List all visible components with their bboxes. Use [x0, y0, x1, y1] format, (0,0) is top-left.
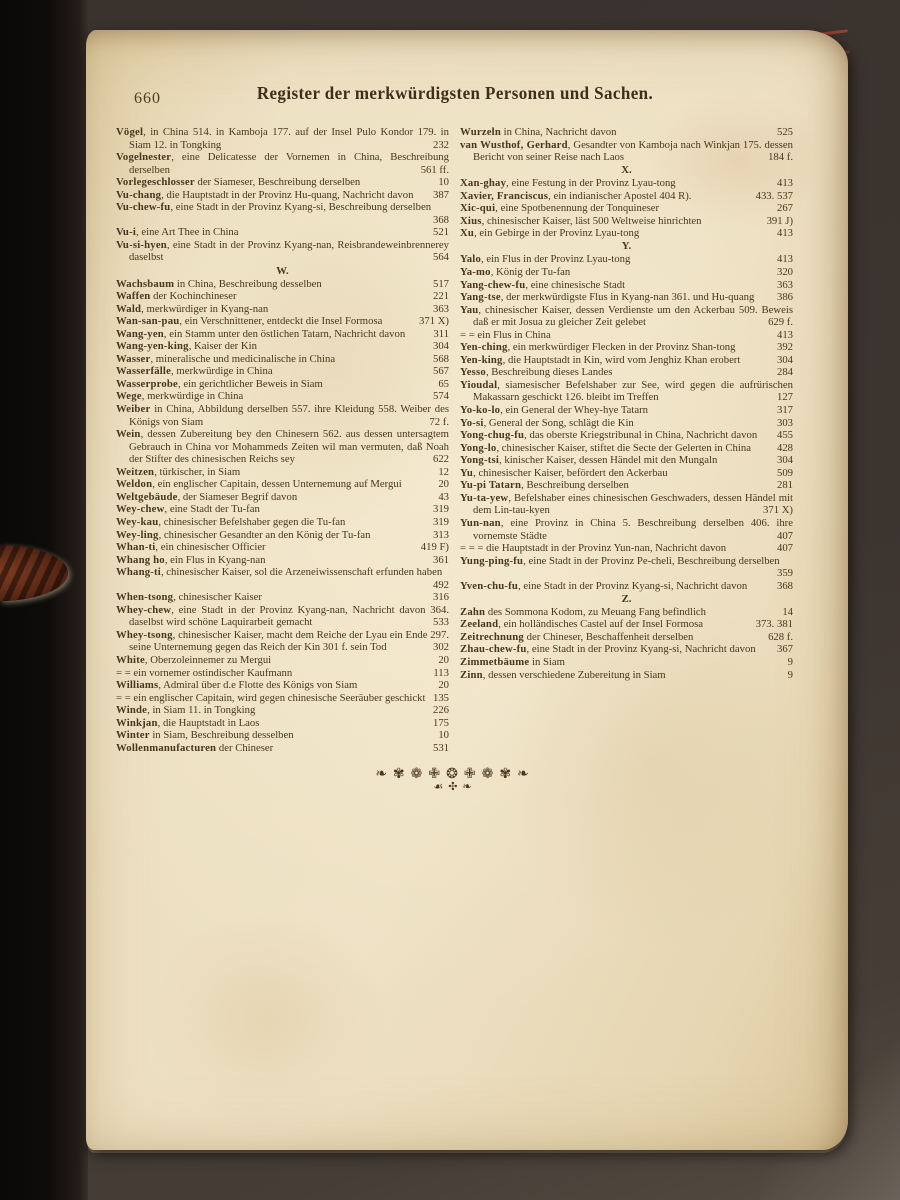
index-entry: Yen-king, die Hauptstadt in Kin, wird vo… — [460, 354, 793, 367]
entry-page-ref: 221 — [433, 290, 449, 303]
index-entry: Yo-ko-lo, ein General der Whey-hye Tatar… — [460, 404, 793, 417]
entry-page-ref: 20 — [438, 679, 449, 692]
index-entry: Yang-chew-fu, eine chinesische Stadt363 — [460, 279, 793, 292]
entry-page-ref: 407 — [777, 542, 793, 555]
entry-page-ref: 568 — [433, 353, 449, 366]
index-entry: Whan-ti, ein chinesischer Officier419 F) — [116, 541, 449, 554]
index-entry: Yalo, ein Flus in der Provinz Lyau-tong4… — [460, 253, 793, 266]
entry-term: Yven-chu-fu — [460, 580, 518, 592]
entry-page-ref: 368 — [433, 214, 449, 227]
index-entry: Whey-tsong, chinesischer Kaiser, macht d… — [116, 629, 449, 654]
entry-page-ref: 433. 537 — [756, 190, 793, 203]
index-entry: Wollenmanufacturen der Chineser531 — [116, 742, 449, 755]
entry-page-ref: 319 — [433, 503, 449, 516]
entry-term: Zinn — [460, 669, 483, 681]
entry-page-ref: 525 — [777, 126, 793, 139]
entry-page-ref: 135 — [433, 692, 449, 705]
entry-term: Winkjan — [116, 717, 158, 729]
index-entry: Zahn des Sommona Kodom, zu Meuang Fang b… — [460, 606, 793, 619]
entry-term: Whey-chew — [116, 604, 171, 616]
entry-term: Wald — [116, 303, 141, 315]
entry-page-ref: 311 — [433, 328, 449, 341]
entry-page-ref: 281 — [777, 479, 793, 492]
index-entry: Wan-san-pau, ein Verschnittener, entdeck… — [116, 315, 449, 328]
entry-term: Whang ho — [116, 554, 165, 566]
entry-page-ref: 72 f. — [429, 416, 449, 429]
entry-term: Williams — [116, 679, 158, 691]
index-column-right: Wurzeln in China, Nachricht davon525van … — [460, 126, 793, 754]
entry-page-ref: 413 — [777, 177, 793, 190]
entry-term: Wang-yen — [116, 328, 164, 340]
entry-page-ref: 320 — [777, 266, 793, 279]
index-entry: Zhau-chew-fu, eine Stadt in der Provinz … — [460, 643, 793, 656]
index-entry: Yong-tsi, kinischer Kaiser, dessen Hände… — [460, 454, 793, 467]
index-entry: Weiber in China, Abbildung derselben 557… — [116, 403, 449, 428]
entry-page-ref: 622 — [433, 453, 449, 466]
index-entry: Yu-pi Tatarn, Beschreibung derselben281 — [460, 479, 793, 492]
index-entry: Vorlegeschlosser der Siameser, Beschreib… — [116, 176, 449, 189]
entry-term: Winter — [116, 729, 150, 741]
entry-term: Yo-ko-lo — [460, 404, 500, 416]
entry-page-ref: 359 — [777, 567, 793, 580]
index-entry: Vogelnester, eine Delicatesse der Vornem… — [116, 151, 449, 176]
entry-term: Vu-chew-fu — [116, 201, 170, 213]
entry-term: Wein — [116, 428, 141, 440]
entry-term: Yong-chug-fu — [460, 429, 524, 441]
index-entry: Yioudal, siamesischer Befelshaber zur Se… — [460, 379, 793, 404]
entry-term: Xavier, Franciscus — [460, 190, 548, 202]
index-entry: Wang-yen-king, Kaiser der Kin304 — [116, 340, 449, 353]
section-heading: Z. — [460, 593, 793, 606]
entry-term: Zimmetbäume — [460, 656, 529, 668]
entry-page-ref: 419 F) — [421, 541, 449, 554]
entry-page-ref: 492 — [433, 579, 449, 592]
entry-page-ref: 9 — [788, 669, 793, 682]
book-page-scan: 660 Register der merkwürdigsten Personen… — [86, 30, 848, 1150]
index-entry: Yun-nan, eine Provinz in China 5. Beschr… — [460, 517, 793, 542]
entry-term: Zeitrechnung — [460, 631, 524, 643]
entry-page-ref: 391 J) — [767, 215, 793, 228]
entry-term: Wollenmanufacturen — [116, 742, 216, 754]
index-column-left: Vögel, in China 514. in Kamboja 177. auf… — [116, 126, 449, 754]
index-entry: Wasserfälle, merkwürdige in China567 — [116, 365, 449, 378]
entry-term: Yo-si — [460, 417, 484, 429]
entry-page-ref: 14 — [782, 606, 793, 619]
entry-term: Vu-i — [116, 226, 136, 238]
index-entry: Xu, ein Gebirge in der Provinz Lyau-tong… — [460, 227, 793, 240]
entry-term: Yau — [460, 304, 478, 316]
entry-term: Weltgebäude — [116, 491, 178, 503]
entry-page-ref: 413 — [777, 227, 793, 240]
section-heading: W. — [116, 265, 449, 278]
entry-page-ref: 455 — [777, 429, 793, 442]
entry-term: Yu-pi Tatarn — [460, 479, 521, 491]
entry-term: Yioudal — [460, 379, 497, 391]
entry-page-ref: 65 — [438, 378, 449, 391]
entry-term: Vorlegeschlosser — [116, 176, 195, 188]
index-entry: = = ein vornemer ostindischer Kaufmann11… — [116, 667, 449, 680]
entry-term: White — [116, 654, 145, 666]
printer-ornament: ❧✾❁✙❂✙❁✾❧ ☙✣❧ — [116, 766, 794, 793]
index-entry: Winkjan, die Hauptstadt in Laos175 — [116, 717, 449, 730]
entry-page-ref: 319 — [433, 516, 449, 529]
index-entry: Wang-yen, ein Stamm unter den östlichen … — [116, 328, 449, 341]
entry-page-ref: 628 f. — [768, 631, 793, 644]
index-entry: Vu-i, eine Art Thee in China521 — [116, 226, 449, 239]
entry-page-ref: 363 — [433, 303, 449, 316]
index-entry: Ya-mo, König der Tu-fan320 — [460, 266, 793, 279]
entry-page-ref: 367 — [777, 643, 793, 656]
entry-page-ref: 316 — [433, 591, 449, 604]
entry-term: Zhau-chew-fu — [460, 643, 527, 655]
entry-term: Zahn — [460, 606, 485, 618]
index-entry: Xic-qui, eine Spotbenennung der Tonquine… — [460, 202, 793, 215]
entry-page-ref: 533 — [433, 616, 449, 629]
entry-term: Yang-tse — [460, 291, 501, 303]
entry-page-ref: 509 — [777, 467, 793, 480]
entry-term: Xu — [460, 227, 474, 239]
entry-page-ref: 304 — [777, 454, 793, 467]
index-entry: Vu-si-hyen, eine Stadt in der Provinz Ky… — [116, 239, 449, 264]
index-entry: Wey-kau, chinesischer Befelshaber gegen … — [116, 516, 449, 529]
index-entry: Zeitrechnung der Chineser, Beschaffenhei… — [460, 631, 793, 644]
entry-page-ref: 629 f. — [768, 316, 793, 329]
entry-term: Vu-si-hyen — [116, 239, 167, 251]
entry-page-ref: 531 — [433, 742, 449, 755]
entry-page-ref: 517 — [433, 278, 449, 291]
entry-page-ref: 363 — [777, 279, 793, 292]
index-entry: van Wusthof, Gerhard, Gesandter von Kamb… — [460, 139, 793, 164]
entry-term: Whey-tsong — [116, 629, 173, 641]
index-entry: = = ein englischer Capitain, wird gegen … — [116, 692, 449, 705]
entry-page-ref: 313 — [433, 529, 449, 542]
section-heading: X. — [460, 164, 793, 177]
entry-page-ref: 20 — [438, 478, 449, 491]
entry-page-ref: 387 — [433, 189, 449, 202]
index-entry: Zinn, dessen verschiedene Zubereitung in… — [460, 669, 793, 682]
index-entry: Yu, chinesischer Kaiser, befördert den A… — [460, 467, 793, 480]
index-entry: Waffen der Kochinchineser221 — [116, 290, 449, 303]
ornament-row-bottom: ☙✣❧ — [116, 780, 794, 793]
entry-page-ref: 413 — [777, 329, 793, 342]
entry-term: Wey-kau — [116, 516, 158, 528]
entry-term: van Wusthof, Gerhard — [460, 139, 568, 151]
entry-page-ref: 561 ff. — [421, 164, 449, 177]
page-content: 660 Register der merkwürdigsten Personen… — [116, 84, 794, 793]
paper-stain — [146, 910, 386, 1130]
entry-page-ref: 371 X) — [763, 504, 793, 517]
entry-page-ref: 407 — [777, 530, 793, 543]
entry-term: Wey-ling — [116, 529, 159, 541]
entry-term: Yong-lo — [460, 442, 496, 454]
entry-page-ref: 267 — [777, 202, 793, 215]
index-entry: Weldon, ein englischer Capitain, dessen … — [116, 478, 449, 491]
entry-page-ref: 10 — [438, 729, 449, 742]
index-entry: Yang-tse, der merkwürdigste Flus in Kyan… — [460, 291, 793, 304]
entry-page-ref: 373. 381 — [756, 618, 793, 631]
index-entry: Zimmetbäume in Siam9 — [460, 656, 793, 669]
entry-page-ref: 304 — [433, 340, 449, 353]
entry-term: When-tsong — [116, 591, 173, 603]
index-entry: Vögel, in China 514. in Kamboja 177. auf… — [116, 126, 449, 151]
entry-term: Weiber — [116, 403, 150, 415]
index-entry: Yong-lo, chinesischer Kaiser, stiftet di… — [460, 442, 793, 455]
entry-term: Wachsbaum — [116, 278, 174, 290]
index-entry: Wald, merkwürdiger in Kyang-nan363 — [116, 303, 449, 316]
index-entry: Wasser, mineralische und medicinalische … — [116, 353, 449, 366]
index-entry: Wasserprobe, ein gerichtlicher Beweis in… — [116, 378, 449, 391]
entry-page-ref: 9 — [788, 656, 793, 669]
entry-term: Vogelnester — [116, 151, 171, 163]
index-columns: Vögel, in China 514. in Kamboja 177. auf… — [116, 126, 794, 754]
index-entry: Xavier, Franciscus, ein indianischer Apo… — [460, 190, 793, 203]
index-entry: Xan-ghay, eine Festung in der Provinz Ly… — [460, 177, 793, 190]
index-entry: = = ein Flus in China413 — [460, 329, 793, 342]
entry-term: Weitzen — [116, 466, 154, 478]
entry-term: Whang-ti — [116, 566, 161, 578]
entry-page-ref: 10 — [438, 176, 449, 189]
entry-page-ref: 304 — [777, 354, 793, 367]
entry-term: Yung-ping-fu — [460, 555, 523, 567]
entry-page-ref: 386 — [777, 291, 793, 304]
index-entry: Yu-ta-yew, Befelshaber eines chinesische… — [460, 492, 793, 517]
entry-page-ref: 303 — [777, 417, 793, 430]
entry-term: Vu-chang — [116, 189, 161, 201]
index-entry: Wey-chew, eine Stadt der Tu-fan319 — [116, 503, 449, 516]
entry-term: Wasserfälle — [116, 365, 171, 377]
entry-page-ref: 184 f. — [768, 151, 793, 164]
index-entry: Yo-si, General der Song, schlägt die Kin… — [460, 417, 793, 430]
entry-term: Xius — [460, 215, 482, 227]
entry-term: Yu-ta-yew — [460, 492, 508, 504]
index-entry: Yung-ping-fu, eine Stadt in der Provinz … — [460, 555, 793, 580]
entry-page-ref: 20 — [438, 654, 449, 667]
entry-page-ref: 574 — [433, 390, 449, 403]
entry-page-ref: 12 — [438, 466, 449, 479]
entry-term: Winde — [116, 704, 147, 716]
index-entry: Yven-chu-fu, eine Stadt in der Provinz K… — [460, 580, 793, 593]
index-entry: Yau, chinesischer Kaiser, dessen Verdien… — [460, 304, 793, 329]
entry-page-ref: 428 — [777, 442, 793, 455]
entry-term: Xan-ghay — [460, 177, 506, 189]
index-entry: Vu-chew-fu, eine Stadt in der Provinz Ky… — [116, 201, 449, 226]
entry-page-ref: 317 — [777, 404, 793, 417]
entry-term: Yun-nan — [460, 517, 501, 529]
index-entry: Wege, merkwürdige in China574 — [116, 390, 449, 403]
index-entry: Williams, Admiral über d.e Flotte des Kö… — [116, 679, 449, 692]
index-entry: Weltgebäude, der Siameser Begrif davon43 — [116, 491, 449, 504]
index-entry: White, Oberzoleinnemer zu Mergui20 — [116, 654, 449, 667]
entry-term: Waffen — [116, 290, 150, 302]
index-entry: Yen-ching, ein merkwürdiger Flecken in d… — [460, 341, 793, 354]
entry-term: Yesso — [460, 366, 486, 378]
entry-term: Zeeland — [460, 618, 498, 630]
entry-term: Vögel — [116, 126, 143, 138]
entry-page-ref: 564 — [433, 251, 449, 264]
index-entry: Winter in Siam, Beschreibung desselben10 — [116, 729, 449, 742]
index-entry: Weitzen, türkischer, in Siam12 — [116, 466, 449, 479]
entry-term: Wurzeln — [460, 126, 501, 138]
entry-page-ref: 284 — [777, 366, 793, 379]
entry-page-ref: 113 — [433, 667, 449, 680]
entry-page-ref: 567 — [433, 365, 449, 378]
index-entry: Winde, in Siam 11. in Tongking226 — [116, 704, 449, 717]
entry-page-ref: 371 X) — [419, 315, 449, 328]
index-entry: Whang ho, ein Flus in Kyang-nan361 — [116, 554, 449, 567]
page-title: Register der merkwürdigsten Personen und… — [116, 84, 794, 105]
entry-page-ref: 302 — [433, 641, 449, 654]
entry-term: Wege — [116, 390, 142, 402]
entry-term: Wasserprobe — [116, 378, 178, 390]
section-heading: Y. — [460, 240, 793, 253]
entry-term: Wang-yen-king — [116, 340, 189, 352]
entry-page-ref: 43 — [438, 491, 449, 504]
index-entry: Wey-ling, chinesischer Gesandter an den … — [116, 529, 449, 542]
entry-page-ref: 392 — [777, 341, 793, 354]
entry-page-ref: 413 — [777, 253, 793, 266]
entry-term: Yen-ching — [460, 341, 508, 353]
entry-page-ref: 521 — [433, 226, 449, 239]
entry-page-ref: 232 — [433, 139, 449, 152]
index-entry: Xius, chinesischer Kaiser, läst 500 Welt… — [460, 215, 793, 228]
entry-term: Xic-qui — [460, 202, 495, 214]
entry-page-ref: 361 — [433, 554, 449, 567]
index-entry: Yong-chug-fu, das oberste Kriegstribunal… — [460, 429, 793, 442]
entry-page-ref: 175 — [433, 717, 449, 730]
index-entry: Zeeland, ein holländisches Castel auf de… — [460, 618, 793, 631]
entry-term: Wan-san-pau — [116, 315, 179, 327]
index-entry: When-tsong, chinesischer Kaiser316 — [116, 591, 449, 604]
index-entry: Whang-ti, chinesischer Kaiser, sol die A… — [116, 566, 449, 591]
entry-term: Ya-mo — [460, 266, 491, 278]
entry-page-ref: 127 — [777, 391, 793, 404]
index-entry: Wachsbaum in China, Beschreibung desselb… — [116, 278, 449, 291]
index-entry: Whey-chew, eine Stadt in der Provinz Kya… — [116, 604, 449, 629]
index-entry: Vu-chang, die Hauptstadt in der Provinz … — [116, 189, 449, 202]
entry-term: Yalo — [460, 253, 481, 265]
index-entry: Yesso, Beschreibung dieses Landes284 — [460, 366, 793, 379]
entry-term: Yong-tsi — [460, 454, 499, 466]
index-entry: Wein, dessen Zubereitung bey den Chinese… — [116, 428, 449, 466]
entry-term: Whan-ti — [116, 541, 155, 553]
entry-term: Weldon — [116, 478, 152, 490]
entry-page-ref: 226 — [433, 704, 449, 717]
entry-page-ref: 368 — [777, 580, 793, 593]
entry-term: Wey-chew — [116, 503, 165, 515]
index-entry: Wurzeln in China, Nachricht davon525 — [460, 126, 793, 139]
entry-term: Wasser — [116, 353, 150, 365]
entry-term: Yang-chew-fu — [460, 279, 525, 291]
entry-term: Yen-king — [460, 354, 503, 366]
index-entry: = = = die Hauptstadt in der Provinz Yun-… — [460, 542, 793, 555]
page-header: 660 Register der merkwürdigsten Personen… — [116, 84, 794, 120]
entry-term: Yu — [460, 467, 473, 479]
